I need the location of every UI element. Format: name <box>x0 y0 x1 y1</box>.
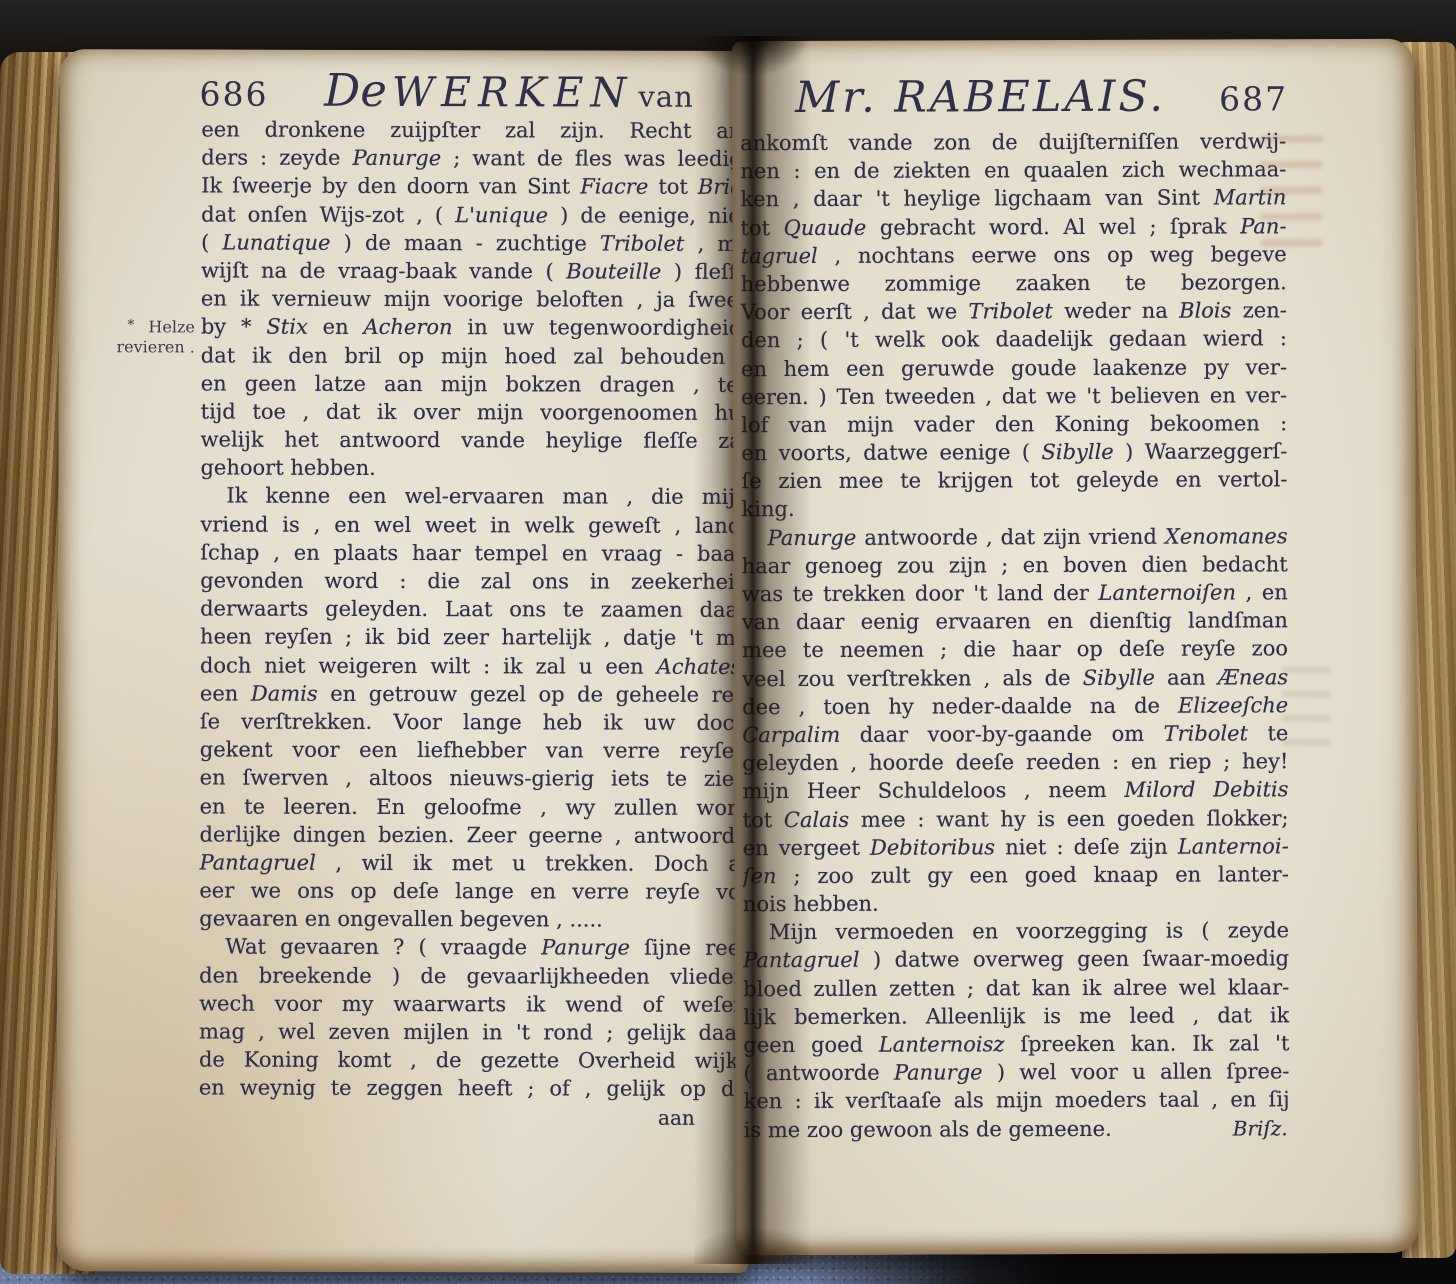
book-photo: { "colors": { "paper": "#e6dfcf", "ink":… <box>0 0 1456 1284</box>
text-line: geen goed Lanternoisz ſpreeken kan. Ik z… <box>743 1029 1289 1059</box>
text-line: ( antwoorde Panurge ) wel voor u allen ſ… <box>743 1057 1289 1087</box>
bleedthrough-marks <box>1282 667 1330 763</box>
text-line: Voor eerſt , dat we Tribolet weder na Bl… <box>741 296 1287 326</box>
text-line: derlijke dingen bezien. Zeer geerne , an… <box>200 820 748 850</box>
right-page: Mr. RABELAIS. 687 ankomſt vande zon de d… <box>732 39 1418 1255</box>
right-page-header: Mr. RABELAIS. 687 <box>742 71 1288 123</box>
text-line: veel zou verſtrekken , als de Sibylle aa… <box>742 663 1288 693</box>
text-line: was te trekken door 't land der Lanterno… <box>742 578 1288 608</box>
right-text-block: ankomſt vande zon de duijſterniſſen verd… <box>740 127 1290 1144</box>
text-line: eeren. ) Ten tweeden , dat we 't believe… <box>741 381 1287 411</box>
text-line: ankomſt vande zon de duijſterniſſen verd… <box>740 127 1286 157</box>
text-line: ken , daar 't heylige ligchaam van Sint … <box>740 184 1286 214</box>
text-line: en ik vernieuw mijn voorige beloften , j… <box>201 285 749 315</box>
text-line: by * Stix en Acheron in uw tegenwoordigh… <box>201 313 749 343</box>
running-title-rabelais: Mr. RABELAIS. <box>795 72 1166 123</box>
left-running-title: De WERKEN van <box>268 64 749 118</box>
text-line: mag , wel zeven mijlen in 't rond ; geli… <box>199 1017 747 1047</box>
text-line: mijn Heer Schuldeloos , neem Milord Debi… <box>742 776 1288 806</box>
right-body-text: ankomſt vande zon de duijſterniſſen verd… <box>740 127 1290 1144</box>
text-line: geleyden , hoorde deeſe reeden : en riep… <box>742 747 1288 777</box>
left-page: 686 De WERKEN van *Helze revieren . een … <box>56 49 751 1273</box>
text-line: Ik ſweerje by den doorn van Sint Fiacre … <box>201 172 749 202</box>
text-line: tijd toe , dat ik over mijn voorgenoomen… <box>201 397 749 427</box>
left-catchword: aan <box>199 1102 747 1131</box>
text-line: en ſwerven , altoos nieuws-gierig iets t… <box>200 764 748 794</box>
text-line: gehoort hebben. <box>200 454 748 484</box>
margin-note-line2: revieren . <box>103 337 195 357</box>
text-line: een Damis en getrouw gezel op de geheele… <box>200 679 748 709</box>
text-line: mee te neemen ; die haar op deſe reyſe z… <box>742 635 1288 665</box>
left-page-number: 686 <box>199 74 268 113</box>
text-line: dat onſen Wijs-zot , ( L'unique ) de een… <box>201 200 749 230</box>
text-line: tot Calais mee : want hy is een goeden ſ… <box>743 804 1289 834</box>
text-line: ken : ik verſtaaſe als mijn moeders taal… <box>744 1086 1290 1116</box>
text-line: tot Quaude gebracht word. Al wel ; ſprak… <box>740 212 1286 242</box>
text-line: nois hebben. <box>743 888 1289 918</box>
left-page-header: 686 De WERKEN van <box>199 63 749 117</box>
right-running-title: Mr. RABELAIS. <box>742 71 1219 123</box>
text-line: Pantagruel , wil ik met u trekken. Doch … <box>199 848 747 878</box>
text-line: en hem een geruwde goude laakenze py ver… <box>741 353 1287 383</box>
text-line: wech voor my waarwarts ik wend of weſen <box>199 989 747 1019</box>
text-line: dee , toen hy neder-daalde na de Elizeeſ… <box>742 691 1288 721</box>
text-line: ſchap , en plaats haar tempel en vraag -… <box>200 538 748 568</box>
text-line: wijſt na de vraag-baak vande ( Bouteille… <box>201 256 749 286</box>
text-line: is me zoo gewoon als de gemeene.Briſz. <box>744 1114 1290 1144</box>
text-line: gekent voor een liefhebber van verre rey… <box>200 736 748 766</box>
text-line: eer we ons op deſe lange en verre reyſe … <box>199 877 747 907</box>
running-title-van: van <box>638 80 693 114</box>
text-line: ders : zeyde Panurge ; want de fles was … <box>201 144 749 174</box>
left-body-text: een dronkene zuijpſter zal zijn. Recht a… <box>199 115 750 1131</box>
text-line: gevaaren en ongevallen begeven , ..... <box>199 905 747 935</box>
text-line: tagruel , nochtans eerwe ons op weg bege… <box>741 240 1287 270</box>
text-line: hebbenwe zommige zaaken te bezorgen. <box>741 268 1287 298</box>
text-line: doch niet weigeren wilt : ik zal u een A… <box>200 651 748 681</box>
text-line: en voorts, datwe eenige ( Sibylle ) Waar… <box>741 437 1287 467</box>
text-line: lijk bemerken. Alleenlijk is me leed , d… <box>743 1001 1289 1031</box>
text-line: ſe zien mee te krijgen tot geleyde en ve… <box>741 466 1287 496</box>
text-line: vriend is , en wel weet in welk geweſt ,… <box>200 510 748 540</box>
right-catchword: Briſz. <box>1233 1114 1288 1142</box>
text-line: ſen ; zoo zult gy een goed knaap en lant… <box>743 860 1289 890</box>
text-line: Mijn vermoeden en voorzegging is ( zeyde <box>743 917 1289 947</box>
text-line: derwaarts geleyden. Laat ons te zaamen d… <box>200 595 748 625</box>
text-line: king. <box>741 494 1287 524</box>
left-text-block: een dronkene zuijpſter zal zijn. Recht a… <box>199 115 750 1103</box>
text-line: en geen latze aan mijn bokzen dragen , t… <box>201 369 749 399</box>
text-line: en vergeet Debitoribus niet : deſe zijn … <box>743 832 1289 862</box>
text-line: Ik kenne een wel-ervaaren man , die mijn <box>200 482 748 512</box>
text-line: nen : en de ziekten en quaalen zich wech… <box>740 155 1286 185</box>
text-line: dat ik den bril op mijn hoed zal behoude… <box>201 341 749 371</box>
text-line: welijk het antwoord vande heylige fleſſe… <box>201 426 749 456</box>
text-line: ( Lunatique ) de maan - zuchtige Tribole… <box>201 228 749 258</box>
text-line: lof van mijn vader den Koning bekoomen : <box>741 409 1287 439</box>
right-page-number: 687 <box>1219 79 1288 118</box>
text-line: en te leeren. En geloofme , wy zullen wo… <box>200 792 748 822</box>
text-line: een dronkene zuijpſter zal zijn. Recht a… <box>201 115 749 145</box>
text-line: van daar eenig ervaaren en dienſtig land… <box>742 606 1288 636</box>
text-line: haar genoeg zou zijn ; en boven dien bed… <box>742 550 1288 580</box>
text-line: Carpalim daar voor-by-gaande om Tribolet… <box>742 719 1288 749</box>
text-line: Wat gevaaren ? ( vraagde Panurge ſijne r… <box>199 933 747 963</box>
text-line: den ; ( 't welk ook daadelijk gedaan wie… <box>741 325 1287 355</box>
margin-note: *Helze revieren . <box>103 315 195 357</box>
text-line: en weynig te zeggen heeft ; of , gelijk … <box>199 1074 747 1104</box>
text-line: de Koning komt , de gezette Overheid wij… <box>199 1046 747 1076</box>
text-line: Pantagruel ) datwe overweg geen ſwaar-mo… <box>743 945 1289 975</box>
margin-note-line1: Helze <box>148 317 194 336</box>
text-line: den breekende ) de gevaarlijkheeden vlie… <box>199 961 747 991</box>
margin-note-asterisk: * <box>127 317 134 333</box>
running-title-werken: WERKEN <box>392 68 633 117</box>
text-line: heen reyſen ; ik bid zeer hartelijk , da… <box>200 623 748 653</box>
text-line: ſe verſtrekken. Voor lange heb ik uw doc… <box>200 707 748 737</box>
text-line: bloed zullen zetten ; dat kan ik alree w… <box>743 973 1289 1003</box>
text-line: gevonden word : die zal ons in zeekerhei… <box>200 566 748 596</box>
running-title-de: De <box>324 64 387 117</box>
text-line: Panurge antwoorde , dat zijn vriend Xeno… <box>742 522 1288 552</box>
